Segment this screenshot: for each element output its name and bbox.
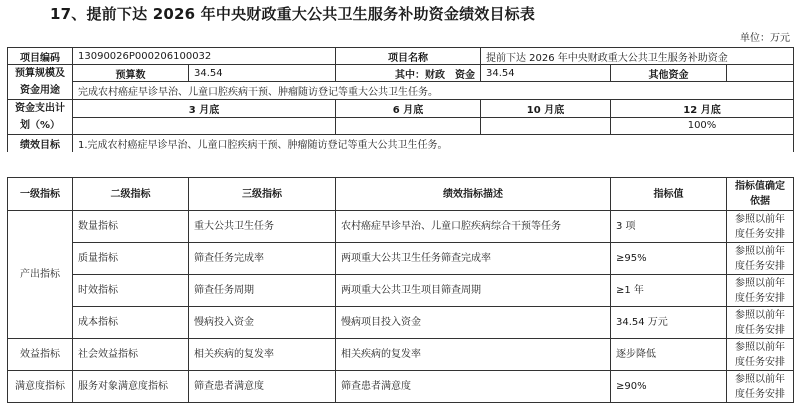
basis: 参照以前年度任务安排: [727, 211, 794, 243]
budget-amount-value: 34.54: [189, 65, 336, 82]
basis: 参照以前年度任务安排: [727, 339, 794, 371]
level1-output: 产出指标: [8, 211, 73, 339]
budget-label: 预算规模及 资金用途: [8, 65, 73, 100]
basis-line1: 参照以前年: [730, 212, 790, 227]
basis-line1: 参照以前年: [730, 308, 790, 323]
indicator-value: ≥1 年: [611, 275, 727, 307]
fund-usage: 完成农村癌症早诊早治、儿童口腔疾病干预、肿瘤随访登记等重大公共卫生任务。: [73, 82, 794, 100]
plan-header-jun: 6 月底: [336, 100, 481, 118]
indicators-table: 一级指标 二级指标 三级指标 绩效指标描述 指标值 指标值确定 依据 产出指标 …: [7, 177, 794, 403]
basis-line2: 度任务安排: [730, 291, 790, 306]
other-fund-label: 其他资金: [611, 65, 727, 82]
plan-value-mar: [73, 117, 336, 135]
header-level1: 一级指标: [8, 178, 73, 211]
page-title: 17、提前下达 2026 年中央财政重大公共卫生服务补助资金绩效目标表: [50, 3, 535, 24]
level1-benefit: 效益指标: [8, 339, 73, 371]
plan-value-dec: 100%: [611, 117, 794, 135]
basis-line1: 参照以前年: [730, 244, 790, 259]
budget-label-line1: 预算规模及: [13, 65, 67, 82]
project-code-label: 项目编码: [8, 48, 73, 65]
level2: 质量指标: [73, 243, 189, 275]
header-basis-line1: 指标值确定: [730, 179, 790, 194]
level3: 筛查任务完成率: [189, 243, 336, 275]
plan-label-line1: 资金支出计: [13, 100, 67, 117]
description: 两项重大公共卫生项目筛查周期: [336, 275, 611, 307]
project-name-label: 项目名称: [336, 48, 481, 65]
level2: 时效指标: [73, 275, 189, 307]
central-fund-label: 其中：财政 资金: [336, 65, 481, 82]
indicator-value: 逐步降低: [611, 339, 727, 371]
level3: 重大公共卫生任务: [189, 211, 336, 243]
plan-value-oct: [481, 117, 611, 135]
project-info-table: 项目编码 13090026P000206100032 项目名称 提前下达 202…: [7, 47, 794, 152]
basis: 参照以前年度任务安排: [727, 371, 794, 403]
indicator-value: 34.54 万元: [611, 307, 727, 339]
other-fund-value: [727, 65, 794, 82]
basis: 参照以前年度任务安排: [727, 275, 794, 307]
table-row: 效益指标 社会效益指标 相关疾病的复发率 相关疾病的复发率 逐步降低 参照以前年…: [8, 339, 794, 371]
basis-line2: 度任务安排: [730, 323, 790, 338]
header-description: 绩效指标描述: [336, 178, 611, 211]
basis-line1: 参照以前年: [730, 276, 790, 291]
level3: 筛查任务周期: [189, 275, 336, 307]
basis: 参照以前年度任务安排: [727, 307, 794, 339]
project-name-value: 提前下达 2026 年中央财政重大公共卫生服务补助资金: [481, 48, 794, 65]
goal-text: 1.完成农村癌症早诊早治、儿童口腔疾病干预、肿瘤随访登记等重大公共卫生任务。: [73, 135, 794, 152]
header-level2: 二级指标: [73, 178, 189, 211]
description: 两项重大公共卫生任务筛查完成率: [336, 243, 611, 275]
description: 筛查患者满意度: [336, 371, 611, 403]
level3: 筛查患者满意度: [189, 371, 336, 403]
table-row: 成本指标 慢病投入资金 慢病项目投入资金 34.54 万元 参照以前年度任务安排: [8, 307, 794, 339]
basis-line1: 参照以前年: [730, 340, 790, 355]
budget-amount-label: 预算数: [73, 65, 189, 82]
plan-header-mar: 3 月底: [73, 100, 336, 118]
indicator-value: ≥95%: [611, 243, 727, 275]
level2: 服务对象满意度指标: [73, 371, 189, 403]
table-row: 产出指标 数量指标 重大公共卫生任务 农村癌症早诊早治、儿童口腔疾病综合干预等任…: [8, 211, 794, 243]
level2: 成本指标: [73, 307, 189, 339]
description: 相关疾病的复发率: [336, 339, 611, 371]
level3: 相关疾病的复发率: [189, 339, 336, 371]
plan-header-oct: 10 月底: [481, 100, 611, 118]
basis: 参照以前年度任务安排: [727, 243, 794, 275]
goal-label: 绩效目标: [8, 135, 73, 152]
level2: 数量指标: [73, 211, 189, 243]
central-fund-value: 34.54: [481, 65, 611, 82]
plan-label-line2: 划（%）: [13, 117, 67, 134]
plan-header-dec: 12 月底: [611, 100, 794, 118]
basis-line2: 度任务安排: [730, 227, 790, 242]
indicator-value: 3 项: [611, 211, 727, 243]
header-value: 指标值: [611, 178, 727, 211]
level3: 慢病投入资金: [189, 307, 336, 339]
level1-satisfaction: 满意度指标: [8, 371, 73, 403]
table-row: 质量指标 筛查任务完成率 两项重大公共卫生任务筛查完成率 ≥95% 参照以前年度…: [8, 243, 794, 275]
description: 农村癌症早诊早治、儿童口腔疾病综合干预等任务: [336, 211, 611, 243]
basis-line2: 度任务安排: [730, 355, 790, 370]
table-row: 满意度指标 服务对象满意度指标 筛查患者满意度 筛查患者满意度 ≥90% 参照以…: [8, 371, 794, 403]
basis-line2: 度任务安排: [730, 259, 790, 274]
level2: 社会效益指标: [73, 339, 189, 371]
budget-label-line2: 资金用途: [13, 82, 67, 99]
header-basis: 指标值确定 依据: [727, 178, 794, 211]
unit-label: 单位：万元: [740, 29, 790, 44]
header-level3: 三级指标: [189, 178, 336, 211]
plan-value-jun: [336, 117, 481, 135]
header-basis-line2: 依据: [730, 194, 790, 209]
indicator-value: ≥90%: [611, 371, 727, 403]
description: 慢病项目投入资金: [336, 307, 611, 339]
table-row: 时效指标 筛查任务周期 两项重大公共卫生项目筛查周期 ≥1 年 参照以前年度任务…: [8, 275, 794, 307]
basis-line1: 参照以前年: [730, 372, 790, 387]
plan-label: 资金支出计 划（%）: [8, 100, 73, 135]
project-code-value: 13090026P000206100032: [73, 48, 336, 65]
basis-line2: 度任务安排: [730, 387, 790, 402]
